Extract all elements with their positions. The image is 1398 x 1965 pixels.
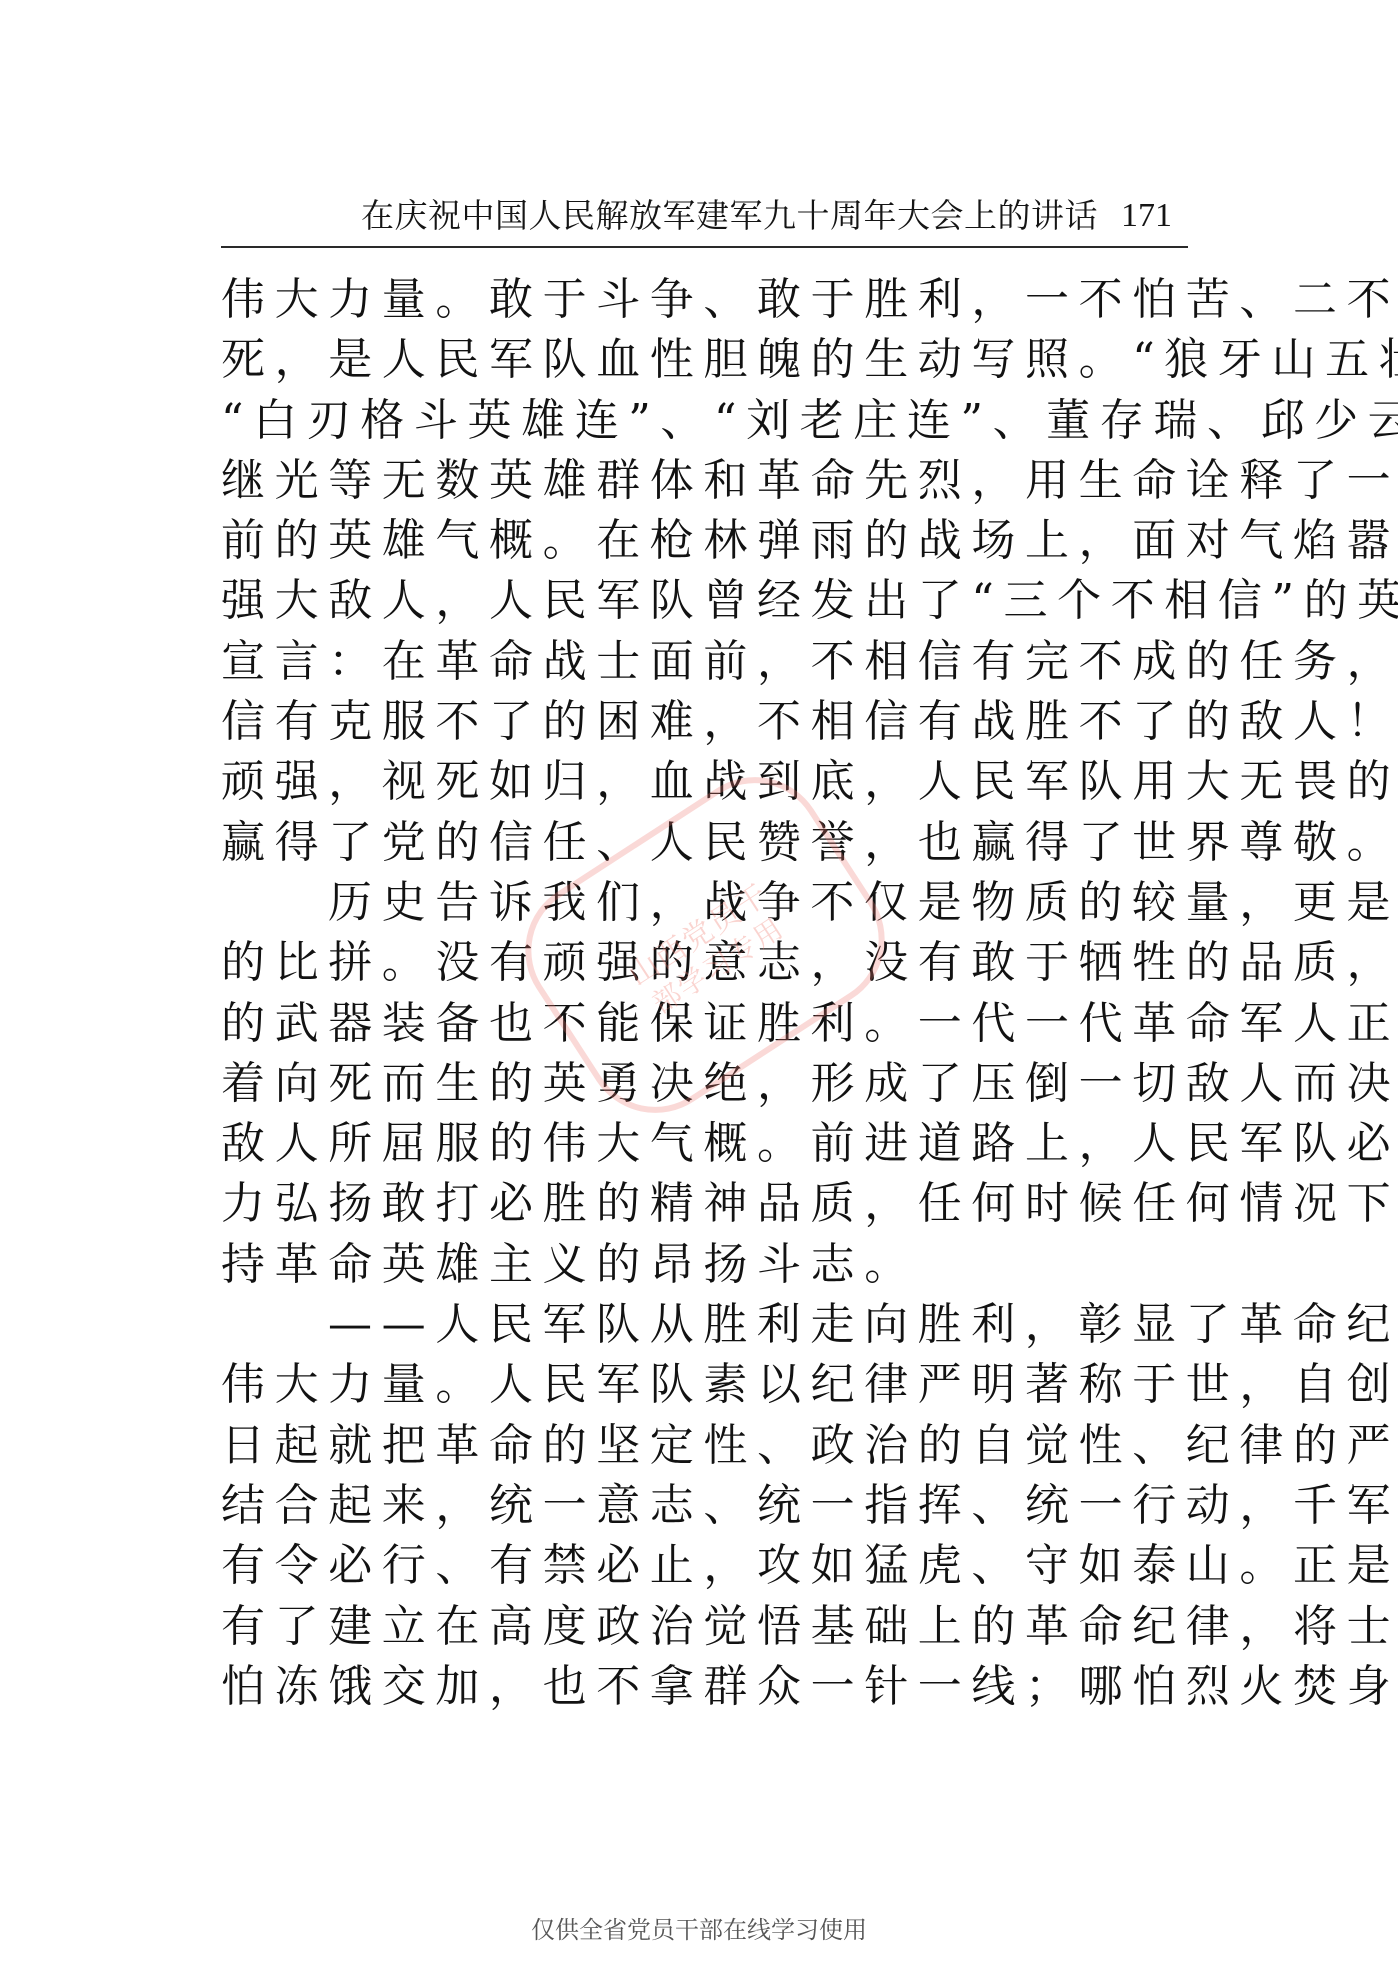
running-header: 在庆祝中国人民解放军建军九十周年大会上的讲话 171 bbox=[221, 188, 1188, 248]
text-line: 日起就把革命的坚定性、政治的自觉性、纪律的严肃性 bbox=[221, 1416, 1191, 1476]
text-line: 的武器装备也不能保证胜利。一代一代革命军人正是靠 bbox=[221, 994, 1191, 1054]
paragraph-2: 历史告诉我们，战争不仅是物质的较量，更是精神 的比拼。没有顽强的意志，没有敢于牺… bbox=[221, 873, 1191, 1295]
text-line: 有令必行、有禁必止，攻如猛虎、守如泰山。正是由于 bbox=[221, 1536, 1191, 1596]
body-text: 伟大力量。敢于斗争、敢于胜利，一不怕苦、二不怕 死，是人民军队血性胆魄的生动写照… bbox=[221, 270, 1191, 1717]
text-line-indented: ——人民军队从胜利走向胜利，彰显了革命纪律的 bbox=[221, 1295, 1191, 1355]
text-line: 着向死而生的英勇决绝，形成了压倒一切敌人而决不被 bbox=[221, 1054, 1191, 1114]
text-line: 怕冻饿交加，也不拿群众一针一线；哪怕烈火焚身，也 bbox=[221, 1657, 1191, 1717]
text-line: 宣言：在革命战士面前，不相信有完不成的任务，不相 bbox=[221, 632, 1191, 692]
running-title: 在庆祝中国人民解放军建军九十周年大会上的讲话 bbox=[361, 196, 1098, 236]
text-line: 力弘扬敢打必胜的精神品质，任何时候任何情况下都保 bbox=[221, 1174, 1191, 1234]
text-line: 有了建立在高度政治觉悟基础上的革命纪律，将士们哪 bbox=[221, 1597, 1191, 1657]
text-line: 强大敌人，人民军队曾经发出了“三个不相信”的英雄 bbox=[221, 571, 1191, 631]
text-line: “白刃格斗英雄连”、“刘老庄连”、董存瑞、邱少云、黄 bbox=[221, 391, 1191, 451]
text-line: 赢得了党的信任、人民赞誉，也赢得了世界尊敬。 bbox=[221, 813, 1191, 873]
text-line: 伟大力量。敢于斗争、敢于胜利，一不怕苦、二不怕 bbox=[221, 270, 1191, 330]
text-line: 前的英雄气概。在枪林弹雨的战场上，面对气焰嚣张的 bbox=[221, 511, 1191, 571]
text-line-indented: 历史告诉我们，战争不仅是物质的较量，更是精神 bbox=[221, 873, 1191, 933]
text-line: 的比拼。没有顽强的意志，没有敢于牺牲的品质，再好 bbox=[221, 933, 1191, 993]
text-line: 持革命英雄主义的昂扬斗志。 bbox=[221, 1235, 1191, 1295]
text-line: 死，是人民军队血性胆魄的生动写照。“狼牙山五壮士”、 bbox=[221, 330, 1191, 390]
text-line: 信有克服不了的困难，不相信有战胜不了的敌人！英勇 bbox=[221, 692, 1191, 752]
page-number: 171 bbox=[1121, 196, 1172, 236]
text-line: 顽强，视死如归，血战到底，人民军队用大无畏的气概 bbox=[221, 752, 1191, 812]
text-line: 伟大力量。人民军队素以纪律严明著称于世，自创建之 bbox=[221, 1355, 1191, 1415]
text-line: 继光等无数英雄群体和革命先烈，用生命诠释了一往无 bbox=[221, 451, 1191, 511]
footer-note: 仅供全省党员干部在线学习使用 bbox=[0, 1915, 1398, 1945]
paragraph-3: ——人民军队从胜利走向胜利，彰显了革命纪律的 伟大力量。人民军队素以纪律严明著称… bbox=[221, 1295, 1191, 1717]
text-line: 敌人所屈服的伟大气概。前进道路上，人民军队必须大 bbox=[221, 1114, 1191, 1174]
text-line: 结合起来，统一意志、统一指挥、统一行动，千军万马 bbox=[221, 1476, 1191, 1536]
paragraph-1: 伟大力量。敢于斗争、敢于胜利，一不怕苦、二不怕 死，是人民军队血性胆魄的生动写照… bbox=[221, 270, 1191, 873]
